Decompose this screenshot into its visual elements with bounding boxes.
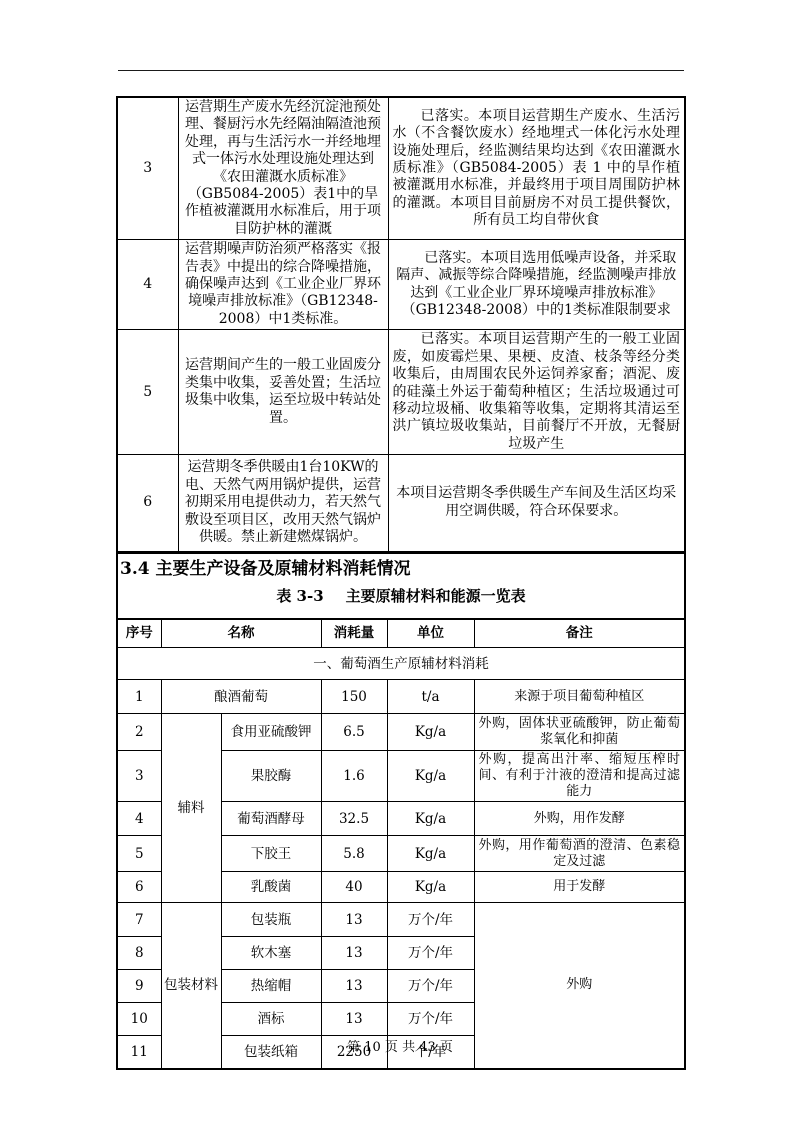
implementation-status-table: 3 运营期生产废水先经沉淀池预处理、餐厨污水先经隔油隔渣池预处理，再与生活污水一…: [118, 98, 684, 551]
qty-cell: 40: [321, 872, 387, 903]
remark-cell: 外购，用作发酵: [474, 802, 684, 836]
unit-cell: Kg/a: [387, 751, 474, 802]
header-serial: 序号: [118, 620, 161, 648]
serial-cell: 1: [118, 680, 161, 714]
qty-cell: 1.6: [321, 751, 387, 802]
unit-cell: 万个/年: [387, 1003, 474, 1036]
content-frame: 3 运营期生产废水先经沉淀池预处理、餐厨污水先经隔油隔渣池预处理，再与生活污水一…: [116, 96, 686, 1070]
section-heading: 3.4 主要生产设备及原辅材料消耗情况: [118, 554, 684, 580]
implementation-cell: 本项目运营期冬季供暖生产车间及生活区均采用空调供暖，符合环保要求。: [388, 455, 684, 551]
remark-cell: 来源于项目葡萄种植区: [474, 680, 684, 714]
requirement-cell: 运营期冬季供暖由1台10KW的电、天然气两用锅炉提供，运营初期采用电提供动力，若…: [178, 455, 388, 551]
remark-cell: 外购，用作葡萄酒的澄清、色素稳定及过滤: [474, 836, 684, 872]
implementation-cell: 已落实。本项目选用低噪声设备，并采取隔声、减振等综合降噪措施，经监测噪声排放达到…: [388, 240, 684, 330]
header-rule: [118, 70, 684, 71]
header-unit: 单位: [387, 620, 474, 648]
serial-cell: 5: [118, 836, 161, 872]
section-block: 3.4 主要生产设备及原辅材料消耗情况 表 3-3主要原辅材料和能源一览表: [118, 551, 684, 620]
table-section-title: 一、葡萄酒生产原辅材料消耗: [118, 648, 684, 680]
table-row: 3 运营期生产废水先经沉淀池预处理、餐厨污水先经隔油隔渣池预处理，再与生活污水一…: [118, 98, 684, 240]
requirement-cell: 运营期生产废水先经沉淀池预处理、餐厨污水先经隔油隔渣池预处理，再与生活污水一并经…: [178, 98, 388, 240]
materials-consumption-table: 序号 名称 消耗量 单位 备注 一、葡萄酒生产原辅材料消耗 1 酿酒葡萄 150…: [118, 620, 684, 1068]
table-row: 7 包装材料 包装瓶 13 万个/年 外购: [118, 903, 684, 937]
serial-cell: 4: [118, 802, 161, 836]
header-row: 序号 名称 消耗量 单位 备注: [118, 620, 684, 648]
qty-cell: 5.8: [321, 836, 387, 872]
qty-cell: 32.5: [321, 802, 387, 836]
unit-cell: 万个/年: [387, 970, 474, 1003]
serial-cell: 6: [118, 455, 178, 551]
serial-cell: 5: [118, 330, 178, 455]
header-remark: 备注: [474, 620, 684, 648]
serial-cell: 3: [118, 98, 178, 240]
serial-cell: 3: [118, 751, 161, 802]
name-cell: 包装瓶: [221, 903, 321, 937]
qty-cell: 6.5: [321, 714, 387, 751]
serial-cell: 4: [118, 240, 178, 330]
table-caption-text: 主要原辅材料和能源一览表: [346, 587, 526, 605]
qty-cell: 150: [321, 680, 387, 714]
name-cell: 葡萄酒酵母: [221, 802, 321, 836]
remark-cell: 外购，提高出汁率、缩短压榨时间、有利于汁液的澄清和提高过滤能力: [474, 751, 684, 802]
name-cell: 食用亚硫酸钾: [221, 714, 321, 751]
name-cell: 热缩帽: [221, 970, 321, 1003]
group-auxiliary-cell: 辅料: [161, 714, 221, 903]
qty-cell: 13: [321, 1003, 387, 1036]
remark-cell: 外购，固体状亚硫酸钾，防止葡萄浆氧化和抑菌: [474, 714, 684, 751]
requirement-cell: 运营期噪声防治须严格落实《报告表》中提出的综合降噪措施，确保噪声达到《工业企业厂…: [178, 240, 388, 330]
page-footer: 第 10 页 共 43 页: [0, 1036, 800, 1055]
table-section-row: 一、葡萄酒生产原辅材料消耗: [118, 648, 684, 680]
header-consumption: 消耗量: [321, 620, 387, 648]
unit-cell: t/a: [387, 680, 474, 714]
table-caption-label: 表 3-3: [276, 587, 323, 605]
name-cell: 乳酸菌: [221, 872, 321, 903]
serial-cell: 7: [118, 903, 161, 937]
serial-cell: 10: [118, 1003, 161, 1036]
unit-cell: 万个/年: [387, 903, 474, 937]
unit-cell: Kg/a: [387, 802, 474, 836]
unit-cell: 万个/年: [387, 937, 474, 970]
unit-cell: Kg/a: [387, 714, 474, 751]
table-caption: 表 3-3主要原辅材料和能源一览表: [118, 587, 684, 605]
table-row: 1 酿酒葡萄 150 t/a 来源于项目葡萄种植区: [118, 680, 684, 714]
table-row: 2 辅料 食用亚硫酸钾 6.5 Kg/a 外购，固体状亚硫酸钾，防止葡萄浆氧化和…: [118, 714, 684, 751]
serial-cell: 8: [118, 937, 161, 970]
name-cell: 下胶王: [221, 836, 321, 872]
table-row: 5 运营期间产生的一般工业固废分类集中收集，妥善处置；生活垃圾集中收集，运至垃圾…: [118, 330, 684, 455]
header-name: 名称: [161, 620, 321, 648]
name-cell: 软木塞: [221, 937, 321, 970]
table-row: 6 运营期冬季供暖由1台10KW的电、天然气两用锅炉提供，运营初期采用电提供动力…: [118, 455, 684, 551]
name-cell: 酒标: [221, 1003, 321, 1036]
implementation-cell: 已落实。本项目运营期生产废水、生活污水（不含餐饮废水）经地埋式一体化污水处理设施…: [388, 98, 684, 240]
qty-cell: 13: [321, 937, 387, 970]
implementation-cell: 已落实。本项目运营期产生的一般工业固废，如废霉烂果、果梗、皮渣、枝条等经分类收集…: [388, 330, 684, 455]
requirement-cell: 运营期间产生的一般工业固废分类集中收集，妥善处置；生活垃圾集中收集，运至垃圾中转…: [178, 330, 388, 455]
serial-cell: 2: [118, 714, 161, 751]
document-page: 3 运营期生产废水先经沉淀池预处理、餐厨污水先经隔油隔渣池预处理，再与生活污水一…: [0, 0, 800, 1131]
serial-cell: 6: [118, 872, 161, 903]
name-cell: 果胶酶: [221, 751, 321, 802]
serial-cell: 9: [118, 970, 161, 1003]
unit-cell: Kg/a: [387, 872, 474, 903]
name-cell: 酿酒葡萄: [161, 680, 321, 714]
unit-cell: Kg/a: [387, 836, 474, 872]
table-row: 4 运营期噪声防治须严格落实《报告表》中提出的综合降噪措施，确保噪声达到《工业企…: [118, 240, 684, 330]
remark-cell: 用于发酵: [474, 872, 684, 903]
qty-cell: 13: [321, 970, 387, 1003]
qty-cell: 13: [321, 903, 387, 937]
